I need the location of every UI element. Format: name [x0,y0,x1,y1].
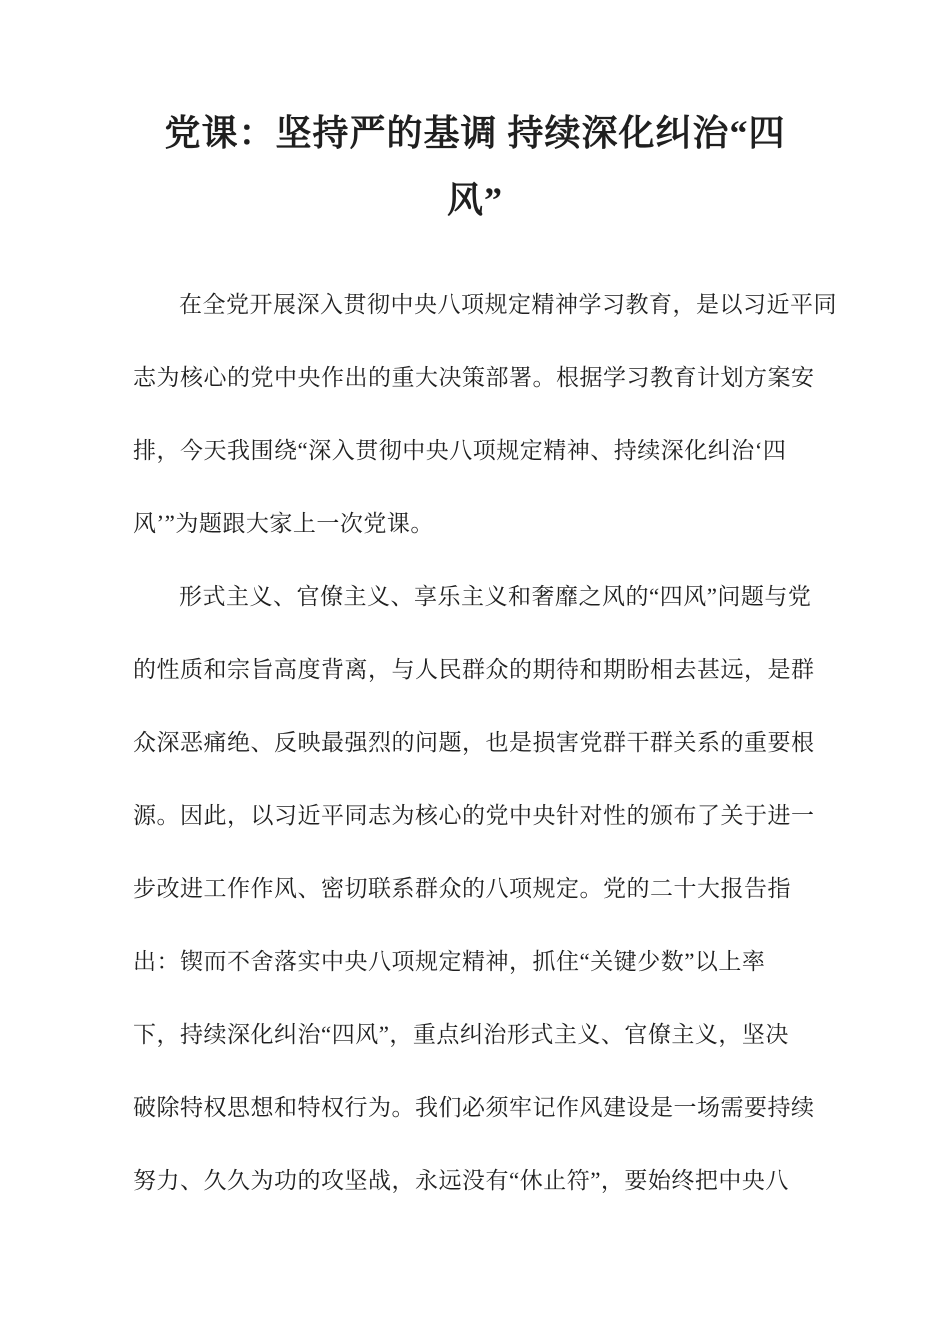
text-line: 破除特权思想和特权行为。我们必须牢记作风建设是一场需要持续 [133,1071,817,1144]
text-line: 的性质和宗旨高度背离，与人民群众的期待和期盼相去甚远，是群 [133,633,817,706]
text-line: 出：锲而不舍落实中央八项规定精神，抓住“关键少数”以上率 [133,925,817,998]
text-line: 众深恶痛绝、反映最强烈的问题，也是损害党群干群关系的重要根 [133,706,817,779]
document-page: 党课：坚持严的基调 持续深化纠治“四风” 在全党开展深入贯彻中央八项规定精神学习… [0,0,950,1344]
title-line: 风” [133,167,817,234]
paragraph-1: 在全党开展深入贯彻中央八项规定精神学习教育，是以习近平同志为核心的党中央作出的重… [133,268,817,560]
text-line: 风’”为题跟大家上一次党课。 [133,487,817,560]
paragraph-2: 形式主义、官僚主义、享乐主义和奢靡之风的“四风”问题与党的性质和宗旨高度背离，与… [133,560,817,1217]
text-line: 源。因此，以习近平同志为核心的党中央针对性的颁布了关于进一 [133,779,817,852]
text-line: 志为核心的党中央作出的重大决策部署。根据学习教育计划方案安 [133,341,817,414]
text-line: 努力、久久为功的攻坚战，永远没有“休止符”，要始终把中央八 [133,1144,817,1217]
document-title: 党课：坚持严的基调 持续深化纠治“四风” [133,100,817,234]
text-line: 步改进工作作风、密切联系群众的八项规定。党的二十大报告指 [133,852,817,925]
text-line: 下，持续深化纠治“四风”，重点纠治形式主义、官僚主义，坚决 [133,998,817,1071]
text-line: 在全党开展深入贯彻中央八项规定精神学习教育，是以习近平同 [133,268,817,341]
text-line: 形式主义、官僚主义、享乐主义和奢靡之风的“四风”问题与党 [133,560,817,633]
text-line: 排，今天我围绕“深入贯彻中央八项规定精神、持续深化纠治‘四 [133,414,817,487]
title-line: 党课：坚持严的基调 持续深化纠治“四 [133,100,817,167]
